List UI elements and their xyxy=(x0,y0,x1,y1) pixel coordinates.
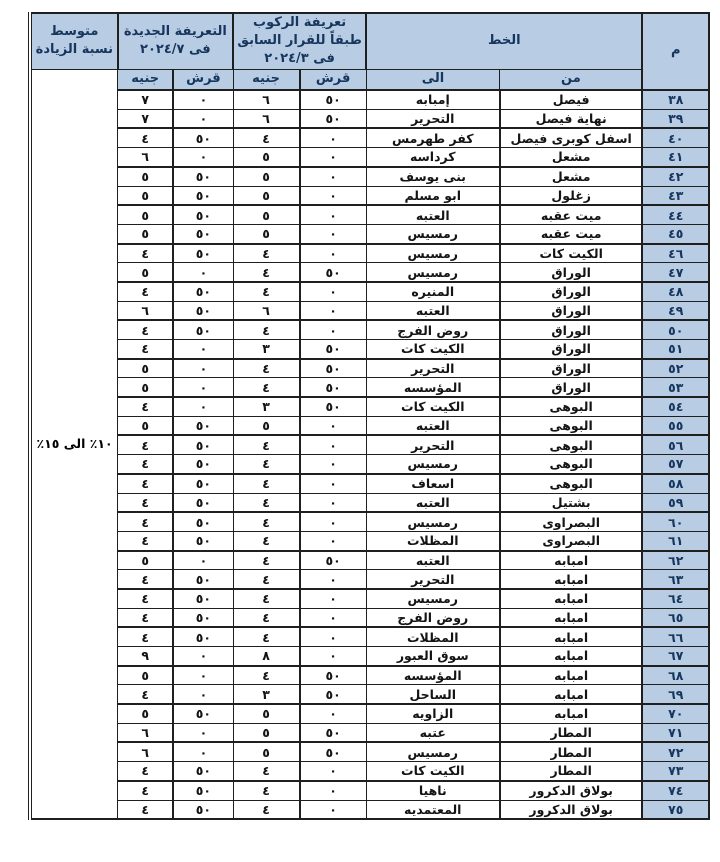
row-number-cell: ٧٠ xyxy=(642,704,709,723)
new-piasters-cell: ٠ xyxy=(173,723,233,742)
to-cell: المظلات xyxy=(366,627,500,646)
table-row: ٤٥ميت عقبهرمسيس٠٥٥٠٥ xyxy=(30,224,709,243)
to-cell: الساحل xyxy=(366,685,500,704)
row-number-cell: ٥٩ xyxy=(642,493,709,512)
new-piasters-cell: ٥٠ xyxy=(173,627,233,646)
new-pounds-cell: ٦ xyxy=(118,301,174,320)
table-row: ٦٧امبابهسوق العبور٠٨٠٩ xyxy=(30,647,709,666)
row-number-cell: ٧٣ xyxy=(642,762,709,781)
prev-pounds-cell: ٤ xyxy=(233,512,300,531)
prev-pounds-cell: ٤ xyxy=(233,320,300,339)
prev-pounds-cell: ٤ xyxy=(233,455,300,474)
to-cell: المظلات xyxy=(366,531,500,550)
prev-piasters-cell: ٠ xyxy=(300,320,367,339)
new-pounds-cell: ٤ xyxy=(118,685,174,704)
header-line: الخط xyxy=(366,13,642,69)
new-pounds-cell: ٤ xyxy=(118,531,174,550)
header-num: م xyxy=(642,13,709,90)
row-number-cell: ٤١ xyxy=(642,148,709,167)
row-number-cell: ٤٨ xyxy=(642,282,709,301)
table-row: ٥١الوراقالكيت كات٥٠٣٠٤ xyxy=(30,340,709,359)
to-cell: التحرير xyxy=(366,435,500,454)
new-pounds-cell: ٤ xyxy=(118,627,174,646)
header-new-piasters: قرش xyxy=(173,69,233,90)
prev-piasters-cell: ٥٠ xyxy=(300,340,367,359)
prev-pounds-cell: ٥ xyxy=(233,167,300,186)
new-pounds-cell: ٤ xyxy=(118,608,174,627)
prev-pounds-cell: ٤ xyxy=(233,378,300,397)
new-piasters-cell: ٥٠ xyxy=(173,531,233,550)
new-pounds-cell: ٤ xyxy=(118,570,174,589)
from-cell: مشعل xyxy=(500,167,643,186)
to-cell: رمسيس xyxy=(366,455,500,474)
new-piasters-cell: ٥٠ xyxy=(173,474,233,493)
prev-piasters-cell: ٠ xyxy=(300,148,367,167)
new-pounds-cell: ٤ xyxy=(118,282,174,301)
prev-piasters-cell: ٠ xyxy=(300,128,367,147)
new-piasters-cell: ٠ xyxy=(173,551,233,570)
from-cell: الوراق xyxy=(500,301,643,320)
new-pounds-cell: ٧ xyxy=(118,90,174,109)
prev-pounds-cell: ٥ xyxy=(233,205,300,224)
new-pounds-cell: ٤ xyxy=(118,493,174,512)
new-piasters-cell: ٥٠ xyxy=(173,301,233,320)
row-number-cell: ٥٣ xyxy=(642,378,709,397)
table-row: ٧١المطارعتبه٥٠٥٠٦ xyxy=(30,723,709,742)
from-cell: المطار xyxy=(500,723,643,742)
from-cell: امبابه xyxy=(500,685,643,704)
to-cell: المؤسسه xyxy=(366,378,500,397)
prev-pounds-cell: ٥ xyxy=(233,704,300,723)
new-piasters-cell: ٠ xyxy=(173,685,233,704)
prev-pounds-cell: ٤ xyxy=(233,551,300,570)
prev-pounds-cell: ٣ xyxy=(233,685,300,704)
prev-pounds-cell: ٤ xyxy=(233,474,300,493)
table-row: ٣٨فيصلإمبابه٥٠٦٠٧ xyxy=(30,90,709,109)
table-row: ٦٣امبابهالتحرير٠٤٥٠٤ xyxy=(30,570,709,589)
new-pounds-cell: ٥ xyxy=(118,224,174,243)
row-number-cell: ٥٧ xyxy=(642,455,709,474)
to-cell: روض الفرج xyxy=(366,320,500,339)
row-number-cell: ٦٠ xyxy=(642,512,709,531)
prev-pounds-cell: ٦ xyxy=(233,301,300,320)
row-number-cell: ٦٨ xyxy=(642,666,709,685)
table-row: ٧٤بولاق الدكرورناهيا٠٤٥٠٤ xyxy=(30,781,709,800)
from-cell: امبابه xyxy=(500,627,643,646)
new-pounds-cell: ٥ xyxy=(118,704,174,723)
new-pounds-cell: ٥ xyxy=(118,551,174,570)
prev-pounds-cell: ٤ xyxy=(233,781,300,800)
prev-pounds-cell: ٤ xyxy=(233,608,300,627)
row-number-cell: ٥٠ xyxy=(642,320,709,339)
table-row: ٥٩بشتيلالعتبه٠٤٥٠٤ xyxy=(30,493,709,512)
header-prev-pounds: جنيه xyxy=(233,69,300,90)
prev-piasters-cell: ٠ xyxy=(300,435,367,454)
from-cell: بولاق الدكرور xyxy=(500,800,643,819)
row-number-cell: ٧٤ xyxy=(642,781,709,800)
from-cell: الوراق xyxy=(500,282,643,301)
to-cell: رمسيس xyxy=(366,742,500,761)
from-cell: البصراوى xyxy=(500,512,643,531)
row-number-cell: ٧١ xyxy=(642,723,709,742)
prev-piasters-cell: ٥٠ xyxy=(300,109,367,128)
prev-piasters-cell: ٠ xyxy=(300,704,367,723)
row-number-cell: ٦٥ xyxy=(642,608,709,627)
new-pounds-cell: ٤ xyxy=(118,320,174,339)
prev-piasters-cell: ٠ xyxy=(300,647,367,666)
new-piasters-cell: ٥٠ xyxy=(173,455,233,474)
from-cell: امبابه xyxy=(500,647,643,666)
new-pounds-cell: ٧ xyxy=(118,109,174,128)
to-cell: اسعاف xyxy=(366,474,500,493)
table-row: ٤٧الوراقرمسيس٥٠٤٠٥ xyxy=(30,263,709,282)
prev-piasters-cell: ٠ xyxy=(300,627,367,646)
prev-piasters-cell: ٠ xyxy=(300,589,367,608)
row-number-cell: ٤٠ xyxy=(642,128,709,147)
table-row: ٤٩الوراقالعتبه٠٦٥٠٦ xyxy=(30,301,709,320)
new-pounds-cell: ٤ xyxy=(118,512,174,531)
new-piasters-cell: ٠ xyxy=(173,647,233,666)
prev-pounds-cell: ٥ xyxy=(233,416,300,435)
prev-piasters-cell: ٥٠ xyxy=(300,742,367,761)
from-cell: امبابه xyxy=(500,666,643,685)
table-row: ٥٣الوراقالمؤسسه٥٠٤٠٥ xyxy=(30,378,709,397)
new-pounds-cell: ٦ xyxy=(118,148,174,167)
table-row: ٦٨امبابهالمؤسسه٥٠٤٠٥ xyxy=(30,666,709,685)
prev-piasters-cell: ٥٠ xyxy=(300,666,367,685)
from-cell: الوراق xyxy=(500,378,643,397)
from-cell: بولاق الدكرور xyxy=(500,781,643,800)
row-number-cell: ٤٢ xyxy=(642,167,709,186)
new-piasters-cell: ٠ xyxy=(173,148,233,167)
row-number-cell: ٤٥ xyxy=(642,224,709,243)
new-piasters-cell: ٥٠ xyxy=(173,493,233,512)
prev-pounds-cell: ٤ xyxy=(233,762,300,781)
table-row: ٥٧البوهىرمسيس٠٤٥٠٤ xyxy=(30,455,709,474)
to-cell: الكيت كات xyxy=(366,340,500,359)
new-piasters-cell: ٥٠ xyxy=(173,704,233,723)
table-row: ٧٠امبابهالزاويه٠٥٥٠٥ xyxy=(30,704,709,723)
row-number-cell: ٥٨ xyxy=(642,474,709,493)
table-row: ٥٦البوهىالتحرير٠٤٥٠٤ xyxy=(30,435,709,454)
prev-pounds-cell: ٤ xyxy=(233,493,300,512)
prev-piasters-cell: ٠ xyxy=(300,512,367,531)
from-cell: الوراق xyxy=(500,340,643,359)
prev-piasters-cell: ٠ xyxy=(300,416,367,435)
table-row: ٤٠اسفل كوبرى فيصلكفر طهرمس٠٤٥٠٤ xyxy=(30,128,709,147)
to-cell: العتبه xyxy=(366,301,500,320)
table-row: ٥٥البوهىالعتبه٠٥٥٠٥ xyxy=(30,416,709,435)
row-number-cell: ٦١ xyxy=(642,531,709,550)
prev-piasters-cell: ٠ xyxy=(300,186,367,205)
row-number-cell: ٥٦ xyxy=(642,435,709,454)
from-cell: الوراق xyxy=(500,263,643,282)
prev-piasters-cell: ٥٠ xyxy=(300,90,367,109)
to-cell: رمسيس xyxy=(366,512,500,531)
prev-pounds-cell: ٤ xyxy=(233,263,300,282)
table-row: ٦٤امبابهرمسيس٠٤٥٠٤ xyxy=(30,589,709,608)
to-cell: العتبه xyxy=(366,416,500,435)
prev-pounds-cell: ٤ xyxy=(233,244,300,263)
new-piasters-cell: ٥٠ xyxy=(173,186,233,205)
prev-piasters-cell: ٠ xyxy=(300,167,367,186)
prev-piasters-cell: ٠ xyxy=(300,205,367,224)
new-piasters-cell: ٥٠ xyxy=(173,800,233,819)
from-cell: البوهى xyxy=(500,397,643,416)
new-pounds-cell: ٤ xyxy=(118,244,174,263)
row-number-cell: ٤٩ xyxy=(642,301,709,320)
new-pounds-cell: ٤ xyxy=(118,435,174,454)
table-row: ٧٣المطارالكيت كات٠٤٥٠٤ xyxy=(30,762,709,781)
from-cell: البوهى xyxy=(500,416,643,435)
from-cell: اسفل كوبرى فيصل xyxy=(500,128,643,147)
from-cell: ميت عقبه xyxy=(500,224,643,243)
row-number-cell: ٤٦ xyxy=(642,244,709,263)
new-piasters-cell: ٥٠ xyxy=(173,320,233,339)
prev-pounds-cell: ٤ xyxy=(233,128,300,147)
prev-piasters-cell: ٠ xyxy=(300,608,367,627)
to-cell: التحرير xyxy=(366,570,500,589)
header-row-sub: من الى قرش جنيه قرش جنيه ١٠٪ الى ١٥٪ xyxy=(30,69,709,90)
prev-piasters-cell: ٥٠ xyxy=(300,263,367,282)
prev-pounds-cell: ٥ xyxy=(233,148,300,167)
from-cell: فيصل xyxy=(500,90,643,109)
new-pounds-cell: ٩ xyxy=(118,647,174,666)
prev-piasters-cell: ٠ xyxy=(300,570,367,589)
prev-pounds-cell: ٤ xyxy=(233,666,300,685)
new-pounds-cell: ٤ xyxy=(118,397,174,416)
row-number-cell: ٣٩ xyxy=(642,109,709,128)
table-row: ٤٦الكيت كاترمسيس٠٤٥٠٤ xyxy=(30,244,709,263)
prev-piasters-cell: ٠ xyxy=(300,244,367,263)
prev-piasters-cell: ٠ xyxy=(300,455,367,474)
new-piasters-cell: ٠ xyxy=(173,742,233,761)
new-piasters-cell: ٥٠ xyxy=(173,781,233,800)
to-cell: الكيت كات xyxy=(366,397,500,416)
row-number-cell: ٦٦ xyxy=(642,627,709,646)
table-row: ٤٨الوراقالمنيره٠٤٥٠٤ xyxy=(30,282,709,301)
row-number-cell: ٥١ xyxy=(642,340,709,359)
new-piasters-cell: ٠ xyxy=(173,263,233,282)
from-cell: الوراق xyxy=(500,320,643,339)
new-piasters-cell: ٥٠ xyxy=(173,205,233,224)
prev-pounds-cell: ٦ xyxy=(233,90,300,109)
new-piasters-cell: ٠ xyxy=(173,378,233,397)
to-cell: الزاويه xyxy=(366,704,500,723)
prev-pounds-cell: ٤ xyxy=(233,570,300,589)
to-cell: روض الفرج xyxy=(366,608,500,627)
new-piasters-cell: ٥٠ xyxy=(173,128,233,147)
new-pounds-cell: ٦ xyxy=(118,742,174,761)
scanned-document-page: م الخط تعريفة الركوب طبقاً للقرار السابق… xyxy=(0,0,720,820)
new-piasters-cell: ٠ xyxy=(173,340,233,359)
from-cell: امبابه xyxy=(500,608,643,627)
row-number-cell: ٦٧ xyxy=(642,647,709,666)
table-row: ٤١مشعلكرداسه٠٥٠٦ xyxy=(30,148,709,167)
from-cell: امبابه xyxy=(500,704,643,723)
new-piasters-cell: ٠ xyxy=(173,397,233,416)
new-piasters-cell: ٥٠ xyxy=(173,416,233,435)
from-cell: البوهى xyxy=(500,474,643,493)
new-pounds-cell: ٥ xyxy=(118,186,174,205)
new-pounds-cell: ٤ xyxy=(118,340,174,359)
new-pounds-cell: ٤ xyxy=(118,455,174,474)
header-prev-piasters: قرش xyxy=(300,69,367,90)
new-pounds-cell: ٥ xyxy=(118,263,174,282)
table-row: ٤٢مشعلبنى يوسف٠٥٥٠٥ xyxy=(30,167,709,186)
new-piasters-cell: ٥٠ xyxy=(173,435,233,454)
prev-pounds-cell: ٦ xyxy=(233,109,300,128)
table-row: ٦٢امبابهالعتبه٥٠٤٠٥ xyxy=(30,551,709,570)
table-row: ٥٠الوراقروض الفرج٠٤٥٠٤ xyxy=(30,320,709,339)
new-pounds-cell: ٤ xyxy=(118,474,174,493)
from-cell: المطار xyxy=(500,742,643,761)
new-piasters-cell: ٠ xyxy=(173,90,233,109)
to-cell: بنى يوسف xyxy=(366,167,500,186)
prev-piasters-cell: ٠ xyxy=(300,224,367,243)
to-cell: ابو مسلم xyxy=(366,186,500,205)
row-number-cell: ٥٥ xyxy=(642,416,709,435)
header-prev-tariff: تعريفة الركوب طبقاً للقرار السابق فى ٢٠٢… xyxy=(233,13,366,69)
to-cell: رمسيس xyxy=(366,224,500,243)
prev-piasters-cell: ٠ xyxy=(300,493,367,512)
to-cell: كرداسه xyxy=(366,148,500,167)
new-piasters-cell: ٥٠ xyxy=(173,282,233,301)
prev-piasters-cell: ٠ xyxy=(300,474,367,493)
to-cell: كفر طهرمس xyxy=(366,128,500,147)
new-pounds-cell: ٥ xyxy=(118,359,174,378)
row-number-cell: ٦٤ xyxy=(642,589,709,608)
from-cell: ميت عقبه xyxy=(500,205,643,224)
prev-piasters-cell: ٠ xyxy=(300,762,367,781)
from-cell: نهاية فيصل xyxy=(500,109,643,128)
prev-pounds-cell: ٨ xyxy=(233,647,300,666)
new-piasters-cell: ٠ xyxy=(173,666,233,685)
row-number-cell: ٤٤ xyxy=(642,205,709,224)
prev-pounds-cell: ٥ xyxy=(233,186,300,205)
prev-pounds-cell: ٣ xyxy=(233,340,300,359)
header-from: من xyxy=(500,69,643,90)
table-row: ٦١البصراوىالمظلات٠٤٥٠٤ xyxy=(30,531,709,550)
prev-pounds-cell: ٤ xyxy=(233,800,300,819)
prev-pounds-cell: ٤ xyxy=(233,282,300,301)
new-piasters-cell: ٥٠ xyxy=(173,570,233,589)
prev-pounds-cell: ٤ xyxy=(233,531,300,550)
table-row: ٤٣زغلولابو مسلم٠٥٥٠٥ xyxy=(30,186,709,205)
from-cell: المطار xyxy=(500,762,643,781)
new-pounds-cell: ٥ xyxy=(118,378,174,397)
prev-piasters-cell: ٥٠ xyxy=(300,359,367,378)
prev-piasters-cell: ٠ xyxy=(300,282,367,301)
header-new-pounds: جنيه xyxy=(118,69,174,90)
from-cell: البوهى xyxy=(500,435,643,454)
from-cell: البصراوى xyxy=(500,531,643,550)
table-row: ٣٩نهاية فيصلالتحرير٥٠٦٠٧ xyxy=(30,109,709,128)
new-piasters-cell: ٥٠ xyxy=(173,762,233,781)
new-pounds-cell: ٤ xyxy=(118,800,174,819)
new-pounds-cell: ٤ xyxy=(118,128,174,147)
to-cell: ناهيا xyxy=(366,781,500,800)
prev-piasters-cell: ٥٠ xyxy=(300,723,367,742)
to-cell: العتبه xyxy=(366,551,500,570)
new-pounds-cell: ٥ xyxy=(118,666,174,685)
to-cell: الكيت كات xyxy=(366,762,500,781)
from-cell: امبابه xyxy=(500,551,643,570)
new-piasters-cell: ٥٠ xyxy=(173,512,233,531)
new-pounds-cell: ٥ xyxy=(118,416,174,435)
to-cell: التحرير xyxy=(366,359,500,378)
prev-piasters-cell: ٠ xyxy=(300,531,367,550)
from-cell: امبابه xyxy=(500,589,643,608)
from-cell: البوهى xyxy=(500,455,643,474)
table-row: ٥٤البوهىالكيت كات٥٠٣٠٤ xyxy=(30,397,709,416)
new-piasters-cell: ٥٠ xyxy=(173,167,233,186)
fare-table: م الخط تعريفة الركوب طبقاً للقرار السابق… xyxy=(28,12,710,820)
to-cell: العتبه xyxy=(366,205,500,224)
header-row-main: م الخط تعريفة الركوب طبقاً للقرار السابق… xyxy=(30,13,709,69)
new-piasters-cell: ٥٠ xyxy=(173,224,233,243)
prev-pounds-cell: ٥ xyxy=(233,723,300,742)
table-row: ٦٩امبابهالساحل٥٠٣٠٤ xyxy=(30,685,709,704)
new-piasters-cell: ٠ xyxy=(173,359,233,378)
to-cell: المعتمديه xyxy=(366,800,500,819)
new-pounds-cell: ٤ xyxy=(118,762,174,781)
to-cell: عتبه xyxy=(366,723,500,742)
new-pounds-cell: ٥ xyxy=(118,167,174,186)
to-cell: العتبه xyxy=(366,493,500,512)
prev-piasters-cell: ٠ xyxy=(300,781,367,800)
new-pounds-cell: ٦ xyxy=(118,723,174,742)
row-number-cell: ٣٨ xyxy=(642,90,709,109)
row-number-cell: ٤٣ xyxy=(642,186,709,205)
prev-piasters-cell: ٥٠ xyxy=(300,551,367,570)
prev-piasters-cell: ٠ xyxy=(300,301,367,320)
row-number-cell: ٦٢ xyxy=(642,551,709,570)
from-cell: زغلول xyxy=(500,186,643,205)
table-row: ٦٠البصراوىرمسيس٠٤٥٠٤ xyxy=(30,512,709,531)
prev-pounds-cell: ٤ xyxy=(233,359,300,378)
new-piasters-cell: ٥٠ xyxy=(173,608,233,627)
new-pounds-cell: ٥ xyxy=(118,205,174,224)
table-row: ٤٤ميت عقبهالعتبه٠٥٥٠٥ xyxy=(30,205,709,224)
to-cell: رمسيس xyxy=(366,263,500,282)
prev-piasters-cell: ٥٠ xyxy=(300,685,367,704)
prev-piasters-cell: ٥٠ xyxy=(300,397,367,416)
to-cell: المؤسسه xyxy=(366,666,500,685)
prev-pounds-cell: ٤ xyxy=(233,589,300,608)
table-row: ٦٥امبابهروض الفرج٠٤٥٠٤ xyxy=(30,608,709,627)
prev-pounds-cell: ٣ xyxy=(233,397,300,416)
prev-piasters-cell: ٠ xyxy=(300,800,367,819)
new-pounds-cell: ٤ xyxy=(118,589,174,608)
avg-increase-value-cell: ١٠٪ الى ١٥٪ xyxy=(30,69,118,819)
table-row: ٥٢الوراقالتحرير٥٠٤٠٥ xyxy=(30,359,709,378)
row-number-cell: ٧٥ xyxy=(642,800,709,819)
to-cell: التحرير xyxy=(366,109,500,128)
fare-table-body: م الخط تعريفة الركوب طبقاً للقرار السابق… xyxy=(30,13,709,819)
table-row: ٧٢المطاررمسيس٥٠٥٠٦ xyxy=(30,742,709,761)
prev-pounds-cell: ٤ xyxy=(233,627,300,646)
row-number-cell: ٦٩ xyxy=(642,685,709,704)
from-cell: مشعل xyxy=(500,148,643,167)
header-new-tariff: التعريفة الجديدة فى ٢٠٢٤/٧ xyxy=(118,13,233,69)
from-cell: الكيت كات xyxy=(500,244,643,263)
table-row: ٦٦امبابهالمظلات٠٤٥٠٤ xyxy=(30,627,709,646)
from-cell: بشتيل xyxy=(500,493,643,512)
row-number-cell: ٦٣ xyxy=(642,570,709,589)
header-avg-increase: متوسط نسبة الزيادة xyxy=(30,13,118,69)
from-cell: امبابه xyxy=(500,570,643,589)
